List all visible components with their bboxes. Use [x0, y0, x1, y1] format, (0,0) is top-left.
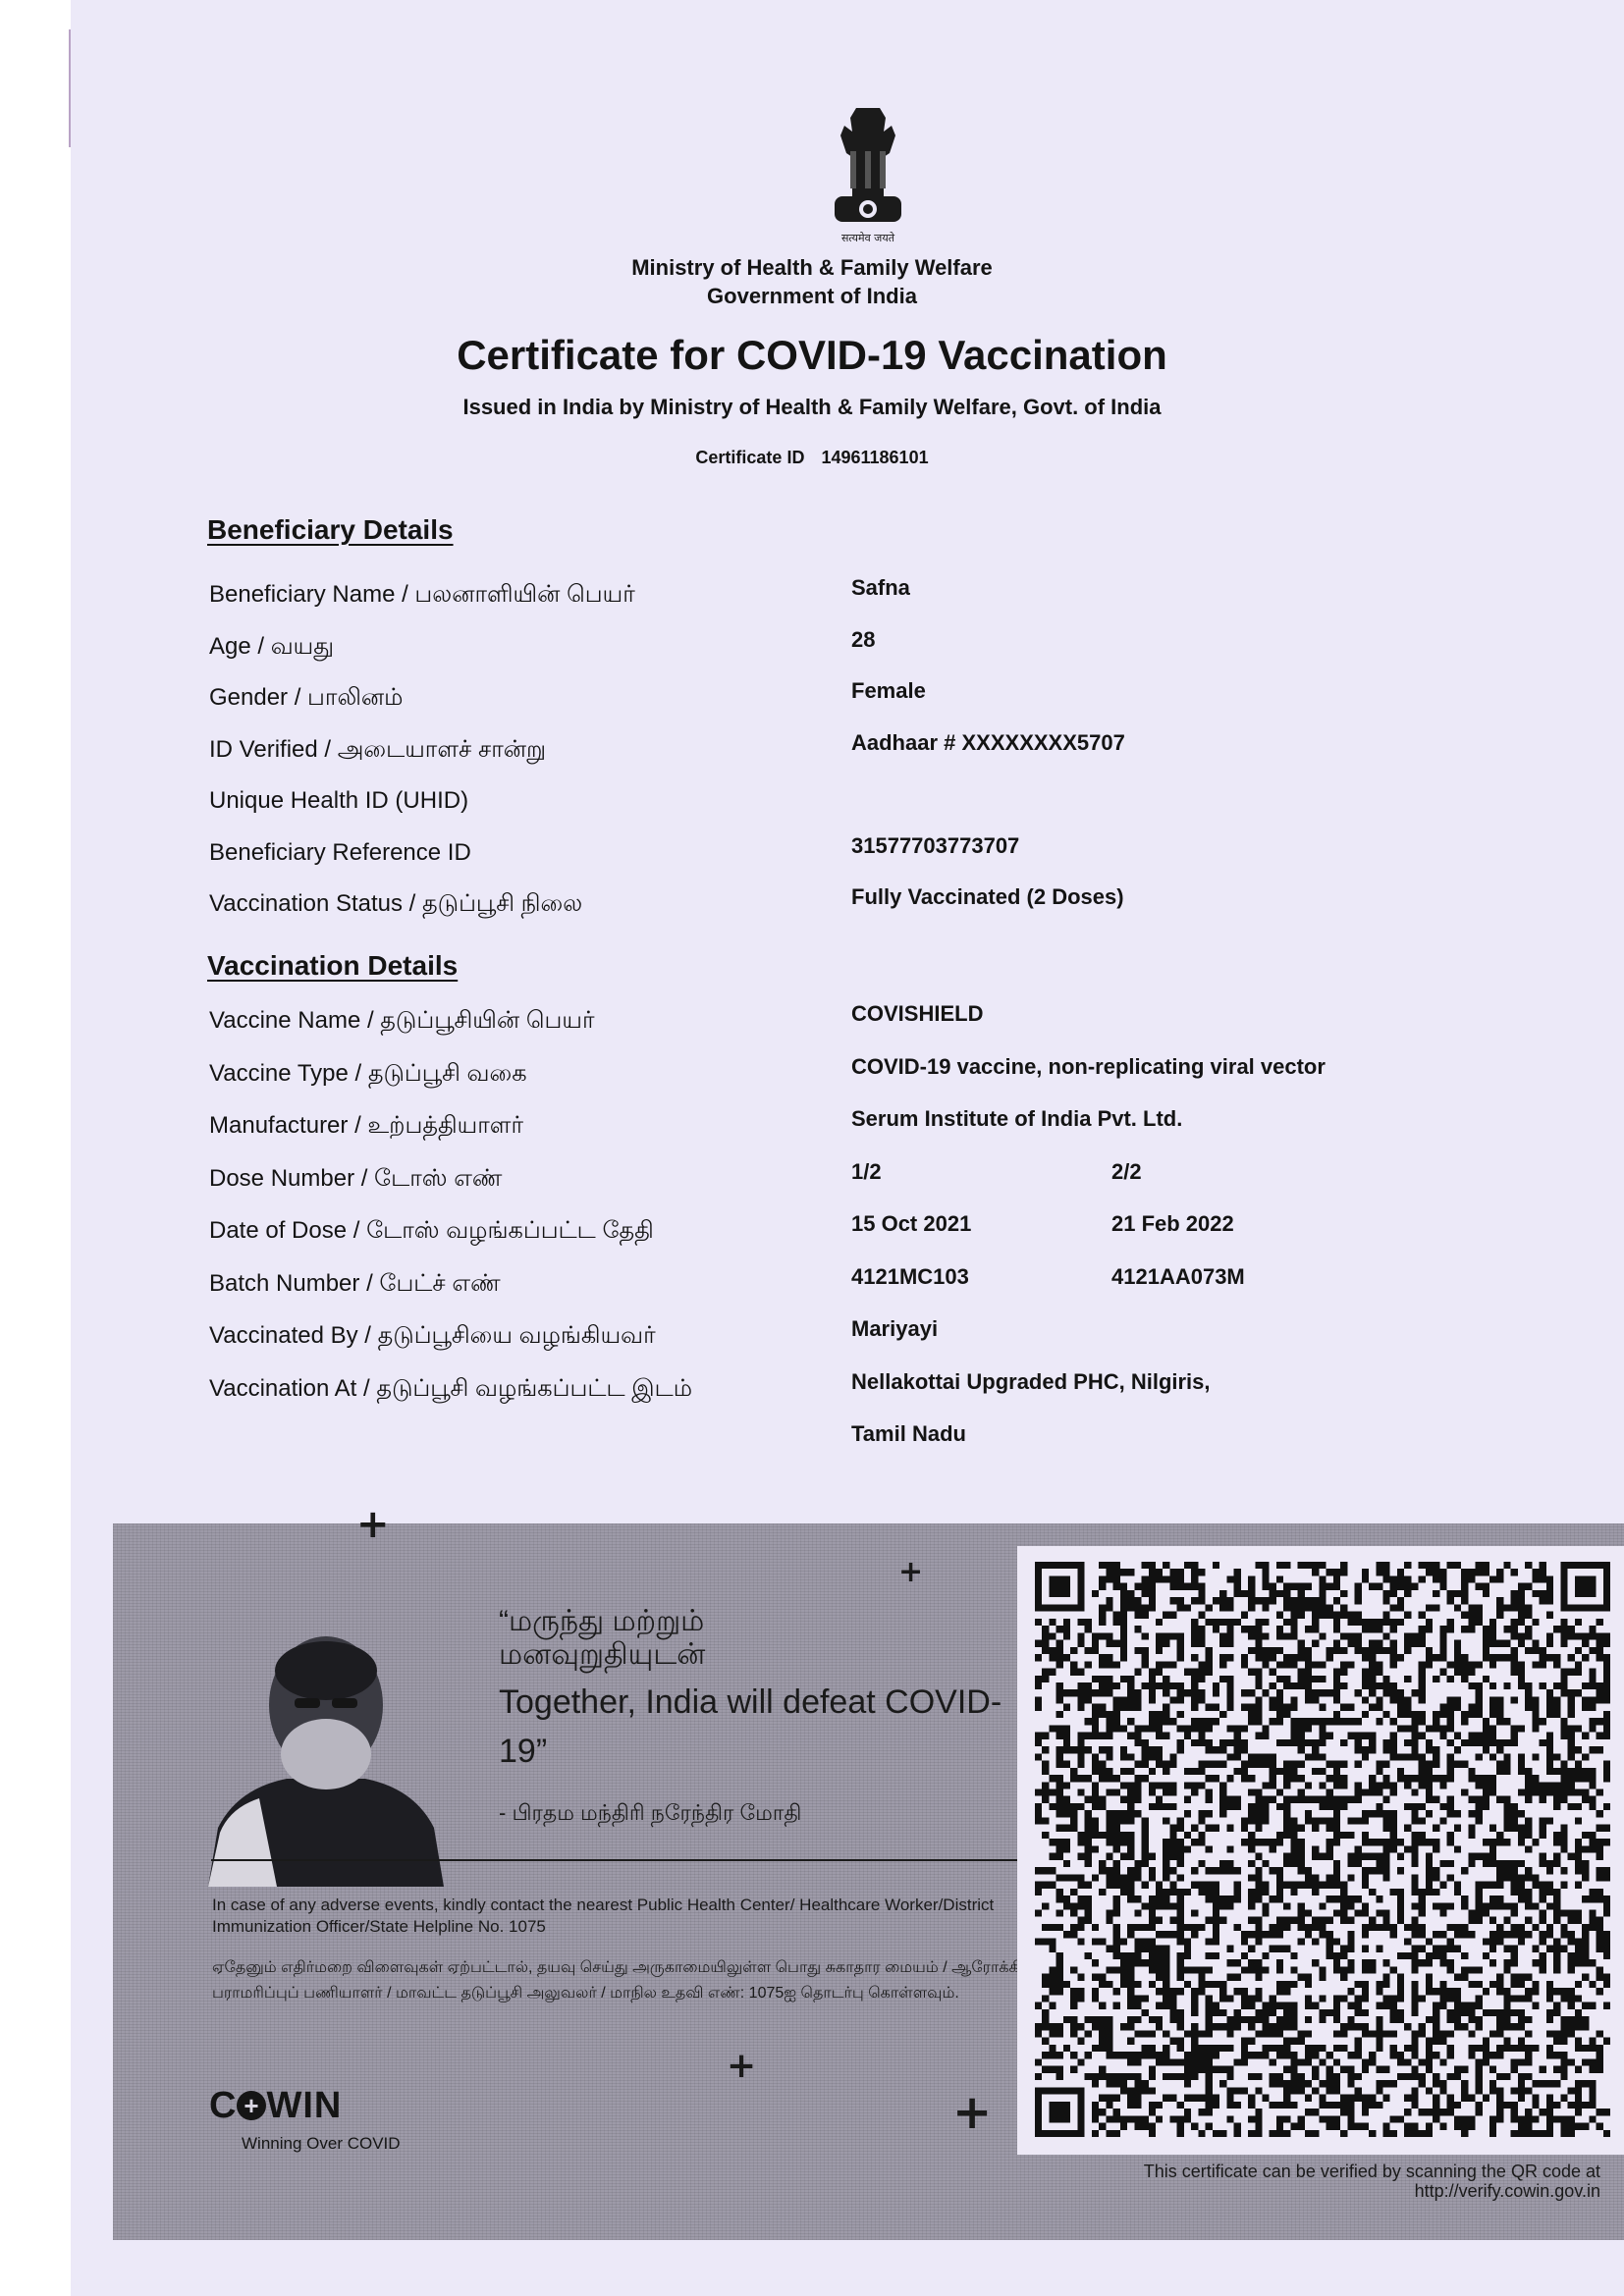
- plus-icon: +: [727, 2046, 756, 2086]
- detail-label: Unique Health ID (UHID): [209, 787, 468, 815]
- detail-label: Date of Dose / டோஸ் வழங்கப்பட்ட தேதி: [209, 1217, 654, 1247]
- detail-value-dose-2: 4121AA073M: [1111, 1264, 1245, 1290]
- vaccination-section-title: Vaccination Details: [207, 950, 458, 982]
- detail-value: 28: [851, 627, 875, 653]
- adverse-events-notice-english: In case of any adverse events, kindly co…: [212, 1895, 1056, 1938]
- plus-icon: +: [356, 1502, 390, 1547]
- detail-row: Vaccine Type / தடுப்பூசி வகைCOVID-19 vac…: [0, 1054, 1624, 1094]
- page-subtitle: Issued in India by Ministry of Health & …: [0, 395, 1624, 420]
- qr-code-icon[interactable]: [1035, 1562, 1610, 2137]
- detail-value: Safna: [851, 575, 910, 601]
- detail-label: Gender / பாலினம்: [209, 684, 403, 714]
- detail-label: Vaccination Status / தடுப்பூசி நிலை: [209, 890, 582, 920]
- verify-link[interactable]: http://verify.cowin.gov.in: [1144, 2181, 1600, 2201]
- detail-label: Dose Number / டோஸ் எண்: [209, 1165, 502, 1195]
- detail-value: COVISHIELD: [851, 1001, 983, 1027]
- detail-value: 1/2: [851, 1159, 882, 1185]
- detail-value: 31577703773707: [851, 833, 1019, 859]
- detail-value-dose-2: 21 Feb 2022: [1111, 1211, 1234, 1237]
- detail-label: Vaccination At / தடுப்பூசி வழங்கப்பட்ட இ…: [209, 1375, 692, 1405]
- quote-tamil: “மருந்து மற்றும் மனவுறுதியுடன்: [499, 1605, 852, 1672]
- detail-row: Gender / பாலினம்Female: [0, 678, 1624, 718]
- detail-row: Vaccination At / தடுப்பூசி வழங்கப்பட்ட இ…: [0, 1369, 1624, 1409]
- prime-minister-portrait: [208, 1631, 444, 1887]
- detail-label: Beneficiary Reference ID: [209, 839, 471, 867]
- detail-label: Beneficiary Name / பலனாளியின் பெயர்: [209, 581, 635, 611]
- detail-row: Batch Number / பேட்ச் எண்4121MC1034121AA…: [0, 1264, 1624, 1304]
- qr-panel: [1017, 1546, 1624, 2155]
- quote-english: Together, India will defeat COVID-19”: [499, 1678, 1009, 1776]
- government-name: Government of India: [0, 282, 1624, 310]
- plus-circle-icon: +: [237, 2091, 266, 2120]
- detail-row: Beneficiary Name / பலனாளியின் பெயர்Safna: [0, 575, 1624, 614]
- quote-attribution: - பிரதம மந்திரி நரேந்திர மோதி: [499, 1800, 801, 1829]
- detail-value: COVID-19 vaccine, non-replicating viral …: [851, 1054, 1326, 1080]
- detail-value: Female: [851, 678, 926, 704]
- detail-row: Age / வயது28: [0, 627, 1624, 667]
- divider: [211, 1859, 1110, 1861]
- paper-edge: [69, 29, 71, 147]
- detail-value: Mariyayi: [851, 1316, 938, 1342]
- detail-label: Vaccine Name / தடுப்பூசியின் பெயர்: [209, 1007, 595, 1037]
- detail-value: Aadhaar # XXXXXXXX5707: [851, 730, 1125, 756]
- detail-row: Dose Number / டோஸ் எண்1/22/2: [0, 1159, 1624, 1199]
- ministry-name: Ministry of Health & Family Welfare: [0, 253, 1624, 282]
- detail-value-dose-2: 2/2: [1111, 1159, 1142, 1185]
- ministry-heading: Ministry of Health & Family Welfare Gove…: [0, 253, 1624, 310]
- detail-label: Batch Number / பேட்ச் எண்: [209, 1270, 501, 1300]
- page-title: Certificate for COVID-19 Vaccination: [0, 332, 1624, 379]
- detail-value: 15 Oct 2021: [851, 1211, 971, 1237]
- detail-row: Beneficiary Reference ID31577703773707: [0, 833, 1624, 873]
- verify-text: This certificate can be verified by scan…: [1144, 2162, 1600, 2181]
- beneficiary-section-title: Beneficiary Details: [207, 514, 454, 546]
- verify-notice: This certificate can be verified by scan…: [1144, 2162, 1600, 2201]
- detail-value: Serum Institute of India Pvt. Ltd.: [851, 1106, 1182, 1132]
- detail-label: Vaccinated By / தடுப்பூசியை வழங்கியவர்: [209, 1322, 656, 1352]
- cowin-logo-prefix: C: [209, 2085, 237, 2126]
- detail-row: Tamil Nadu: [0, 1421, 1624, 1461]
- certificate-id: Certificate ID 14961186101: [0, 448, 1624, 468]
- detail-row: ID Verified / அடையாளச் சான்றுAadhaar # X…: [0, 730, 1624, 770]
- detail-row: Vaccination Status / தடுப்பூசி நிலைFully…: [0, 884, 1624, 924]
- detail-label: Vaccine Type / தடுப்பூசி வகை: [209, 1060, 527, 1090]
- detail-value: Nellakottai Upgraded PHC, Nilgiris,: [851, 1369, 1211, 1395]
- detail-row: Unique Health ID (UHID): [0, 781, 1624, 821]
- adverse-events-notice-tamil: ஏதேனும் எதிர்மறை விளைவுகள் ஏற்பட்டால், த…: [212, 1955, 1056, 2006]
- detail-label: ID Verified / அடையாளச் சான்று: [209, 736, 546, 766]
- detail-label: Manufacturer / உற்பத்தியாளர்: [209, 1112, 523, 1142]
- certificate-id-label: Certificate ID: [695, 448, 804, 467]
- detail-value: Fully Vaccinated (2 Doses): [851, 884, 1124, 910]
- national-emblem-icon: सत्यमेव जयते: [827, 102, 909, 249]
- cowin-logo: C+WIN: [209, 2085, 342, 2127]
- detail-row: Vaccine Name / தடுப்பூசியின் பெயர்COVISH…: [0, 1001, 1624, 1041]
- svg-text:सत्यमेव जयते: सत्यमेव जयते: [841, 232, 895, 244]
- certificate-id-value: 14961186101: [821, 448, 928, 467]
- cowin-tagline: Winning Over COVID: [242, 2134, 401, 2154]
- cowin-logo-suffix: WIN: [266, 2085, 342, 2126]
- detail-value: 4121MC103: [851, 1264, 969, 1290]
- detail-row: Manufacturer / உற்பத்தியாளர்Serum Instit…: [0, 1106, 1624, 1146]
- detail-label: Age / வயது: [209, 633, 334, 663]
- detail-row: Date of Dose / டோஸ் வழங்கப்பட்ட தேதி15 O…: [0, 1211, 1624, 1251]
- detail-row: Vaccinated By / தடுப்பூசியை வழங்கியவர்Ma…: [0, 1316, 1624, 1356]
- detail-value: Tamil Nadu: [851, 1421, 966, 1447]
- plus-icon: +: [952, 2085, 992, 2140]
- plus-icon: +: [898, 1555, 923, 1589]
